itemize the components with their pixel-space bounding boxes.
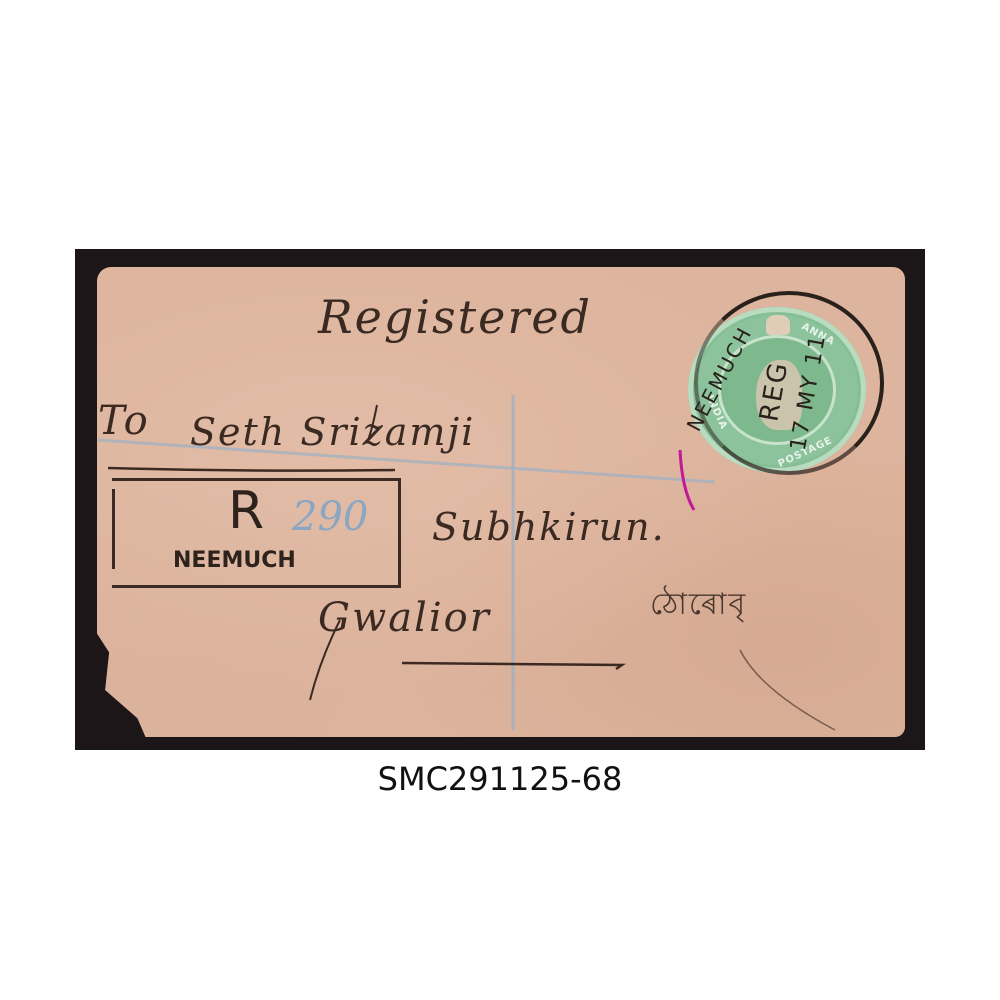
address-line-3: Gwalior [318, 595, 491, 641]
registration-office: NEEMUCH [173, 548, 296, 573]
inventory-caption: SMC291125-68 [0, 760, 1000, 798]
registration-letter: R [228, 485, 264, 537]
address-prefix: To [98, 398, 150, 444]
address-line-2: Subhkirun. [432, 505, 666, 549]
registered-handwriting: Registered [318, 290, 592, 344]
address-line-1: Seth Srizamji [190, 410, 475, 454]
registration-number: 290 [292, 494, 368, 540]
vernacular-note: ঠোৰোবৃ [650, 580, 747, 631]
